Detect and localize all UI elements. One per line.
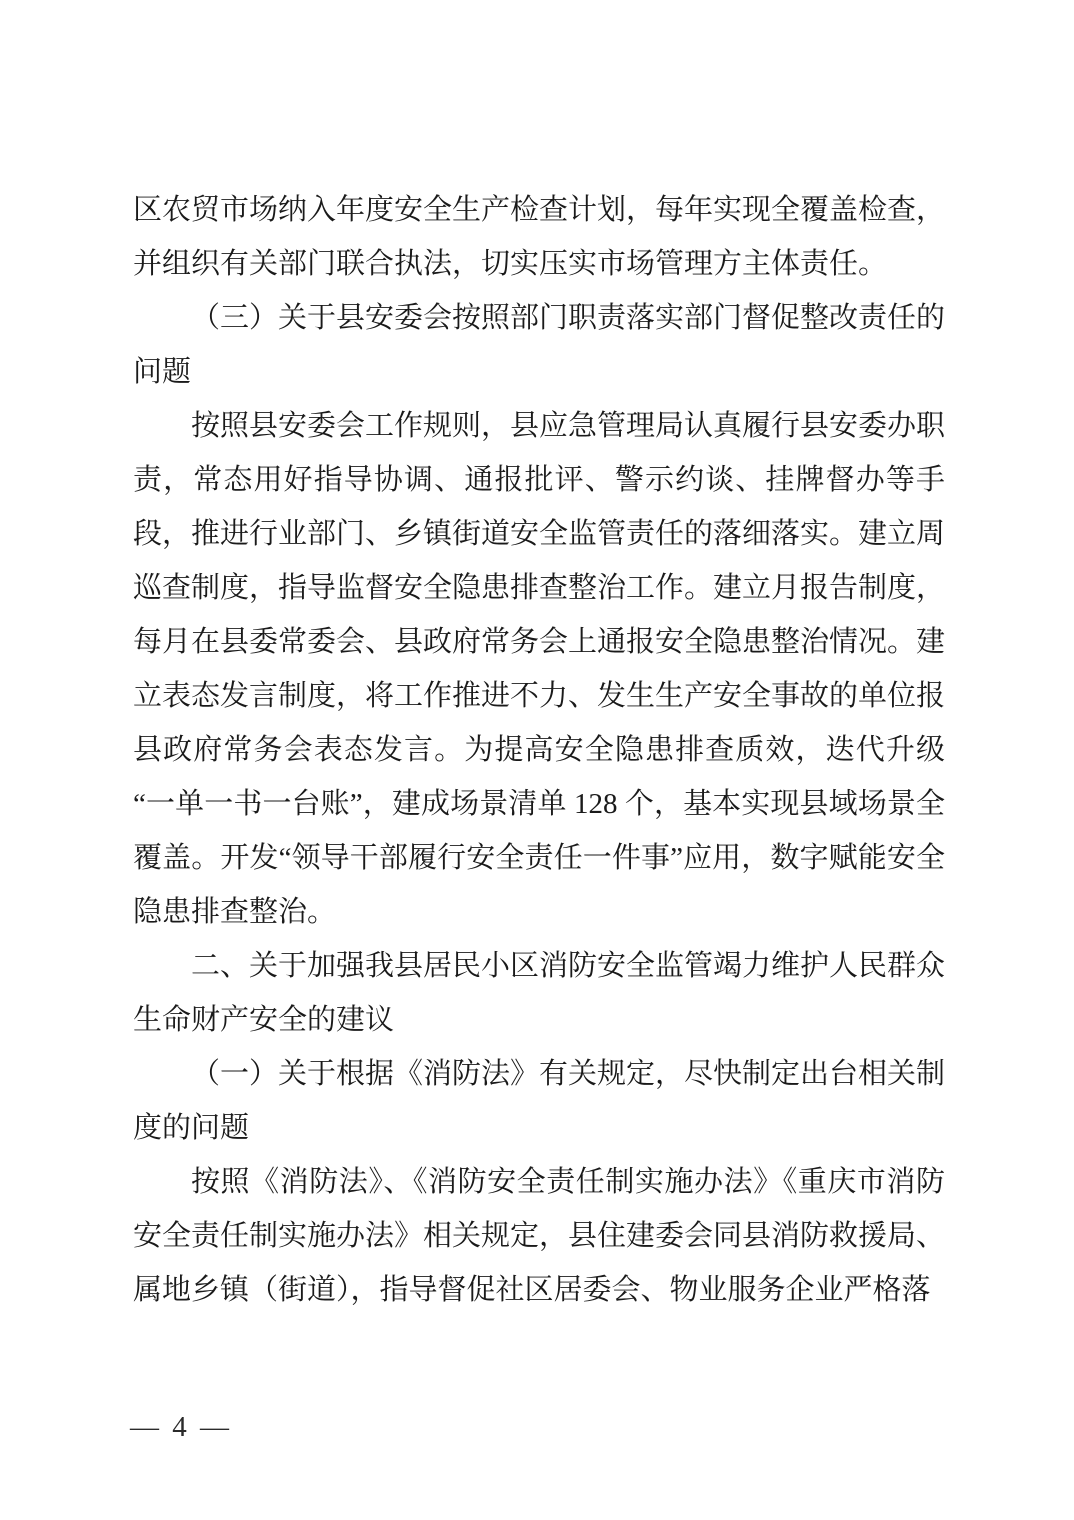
paragraph-section-one-body: 按照《消防法》、《消防安全责任制实施办法》《重庆市消防安全责任制实施办法》相关规…: [133, 1155, 945, 1317]
page-number: — 4 —: [130, 1411, 232, 1443]
subheading-section-one: （一）关于根据《消防法》有关规定，尽快制定出台相关制度的问题: [133, 1047, 945, 1155]
subheading-section-three: （三）关于县安委会按照部门职责落实部门督促整改责任的问题: [133, 291, 945, 399]
document-page: 区农贸市场纳入年度安全生产检查计划，每年实现全覆盖检查，并组织有关部门联合执法，…: [0, 0, 1074, 1520]
page-footer: — 4 —: [130, 1400, 232, 1454]
document-body: 区农贸市场纳入年度安全生产检查计划，每年实现全覆盖检查，并组织有关部门联合执法，…: [133, 183, 945, 1317]
paragraph-section-three-body: 按照县安委会工作规则，县应急管理局认真履行县安委办职责，常态用好指导协调、通报批…: [133, 399, 945, 939]
heading-part-two: 二、关于加强我县居民小区消防安全监管竭力维护人民群众生命财产安全的建议: [133, 939, 945, 1047]
paragraph-continuation: 区农贸市场纳入年度安全生产检查计划，每年实现全覆盖检查，并组织有关部门联合执法，…: [133, 183, 945, 291]
